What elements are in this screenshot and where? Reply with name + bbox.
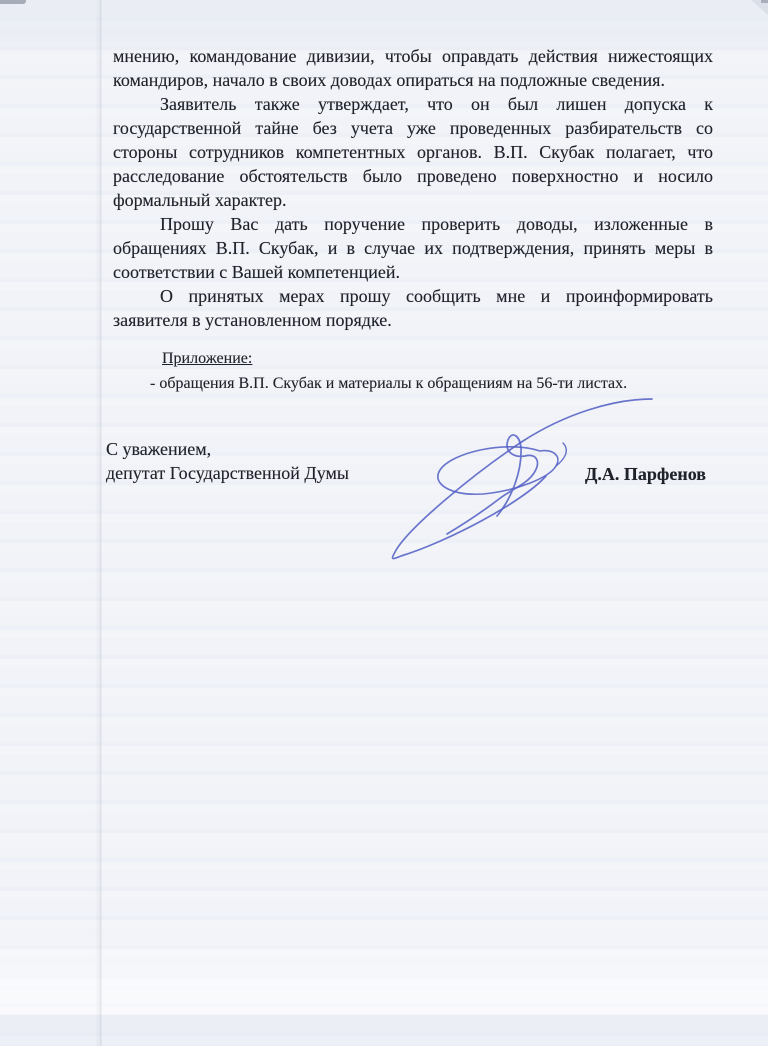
attachment-heading: Приложение:: [162, 346, 710, 371]
attachment-block: Приложение: - обращения В.П. Скубак и ма…: [150, 346, 710, 396]
closing-salutation: С уважением,: [106, 437, 349, 461]
handwritten-signature-icon: [385, 390, 660, 575]
scanned-letter-page: мнению, командование дивизии, чтобы опра…: [0, 0, 768, 1046]
signer-title: депутат Государственной Думы: [106, 461, 349, 485]
closing-block: С уважением, депутат Государственной Дум…: [106, 437, 349, 485]
letter-body: мнению, командование дивизии, чтобы опра…: [113, 44, 713, 332]
paragraph-claim: Заявитель также утверждает, что он был л…: [113, 92, 713, 212]
scan-seam-line: [95, 0, 102, 1046]
paragraph-request: Прошу Вас дать поручение проверить довод…: [113, 212, 713, 284]
scan-speck-top-right: [761, 0, 768, 3]
paragraph-continuation: мнению, командование дивизии, чтобы опра…: [113, 44, 713, 92]
scan-smudge-top-left: [0, 0, 26, 4]
paragraph-notify: О принятых мерах прошу сообщить мне и пр…: [113, 284, 713, 332]
